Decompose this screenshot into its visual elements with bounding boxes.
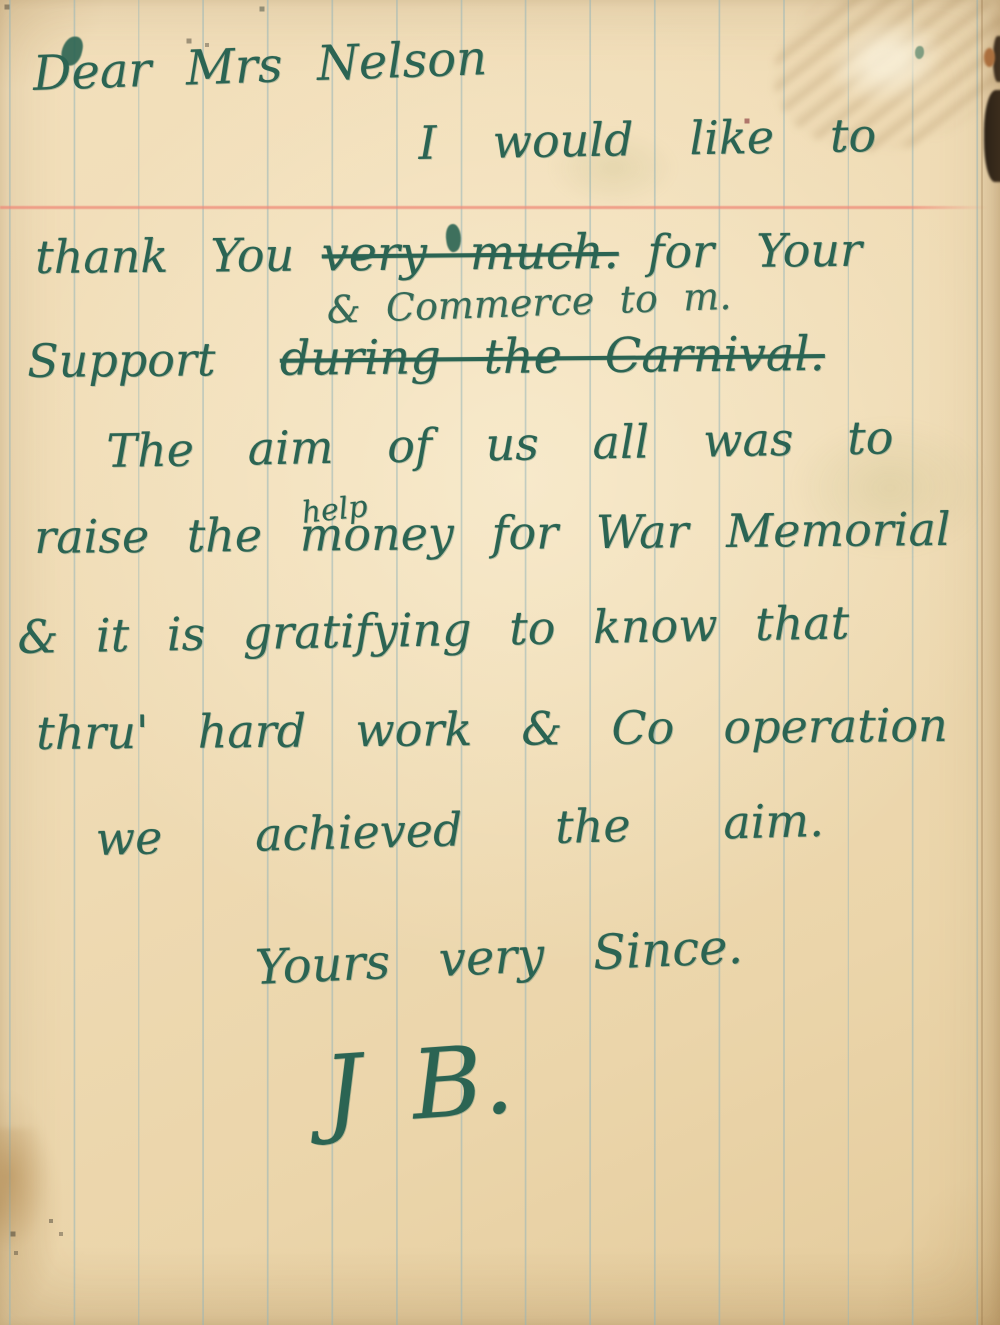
struck-text: during the Carnival.	[280, 327, 826, 387]
right-edge-crease	[981, 0, 983, 1325]
stain-bottom-left	[0, 1128, 48, 1248]
red-margin-line	[0, 206, 988, 209]
body-line-hard-work: thru' hard work & Co operation	[36, 698, 948, 760]
body-line-raise-money: raise the money for War Memorial	[34, 502, 951, 564]
text-segment: for Your	[647, 223, 862, 279]
body-line-opening: I would like to	[418, 108, 877, 170]
text-segment: Support	[27, 332, 216, 388]
paper-specks	[0, 0, 2, 2]
right-edge-shading	[974, 0, 1000, 1325]
text-segment: thank You	[35, 228, 294, 284]
body-line-support: Supportduring the Carnival.	[27, 326, 892, 389]
signature: J B.	[320, 1023, 517, 1148]
body-line-thanks: thank Youvery much.for Your	[35, 223, 890, 285]
struck-text: very much.	[322, 225, 619, 283]
letter-page: Dear Mrs Nelson I would like to thank Yo…	[0, 0, 1000, 1325]
